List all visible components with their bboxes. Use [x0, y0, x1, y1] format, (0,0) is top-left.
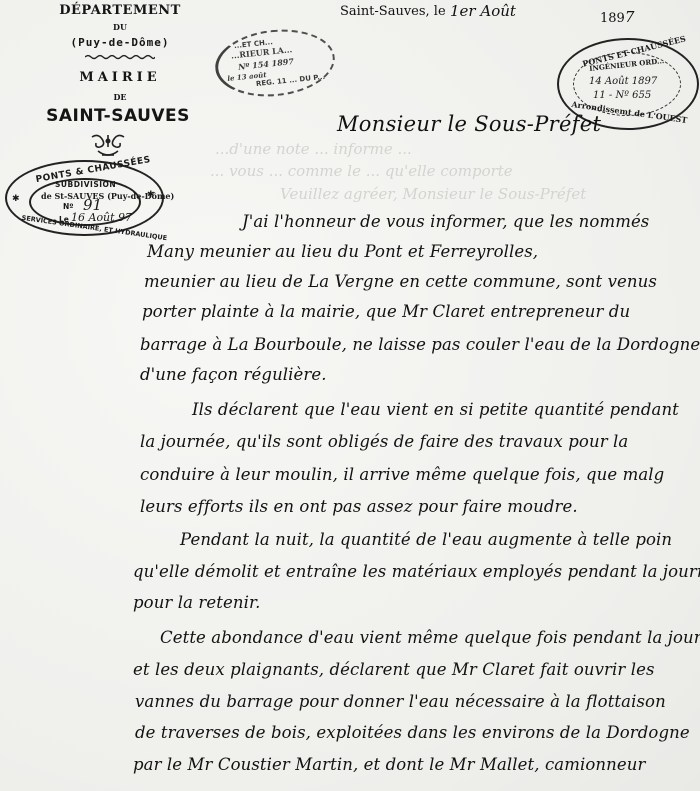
letter-line: vannes du barrage pour donner l'eau néce…	[135, 692, 666, 711]
year-printed: 189	[600, 11, 625, 26]
bleed-through-text: Veuillez agréer, Monsieur le Sous-Préfet	[280, 185, 586, 203]
letter-line: qu'elle démolit et entraîne les matériau…	[133, 562, 700, 581]
faded-registry-stamp: ...ET CH... ...RIEUR LA... Nº 154 1897 l…	[212, 24, 338, 102]
star-icon: ✱	[12, 194, 20, 204]
ponts-chaussees-stamp: PONTS & CHAUSSÉES SUBDIVISION de St-SAUV…	[5, 160, 164, 236]
document-page: DÉPARTEMENT DU (Puy-de-Dôme) MAIRIE DE S…	[0, 0, 700, 791]
stamp-date: 14 Août 1897	[589, 76, 657, 87]
letter-line: de traverses de bois, exploitées dans le…	[135, 723, 690, 742]
letterhead-mairie: MAIRIE	[40, 70, 200, 85]
letter-line: Ils déclarent que l'eau vient en si peti…	[192, 400, 679, 419]
letterhead-department: DÉPARTEMENT	[40, 3, 200, 18]
letter-line: et les deux plaignants, déclarent que Mr…	[133, 660, 655, 679]
year-handwritten: 7	[625, 8, 635, 26]
bleed-through-text: ...d'une note ... informe ...	[215, 140, 412, 158]
wavy-divider-icon	[85, 54, 155, 60]
bleed-through-text: ... vous ... comme le ... qu'elle compor…	[210, 162, 513, 180]
letterhead-region: (Puy-de-Dôme)	[40, 36, 200, 49]
star-icon: ✱	[147, 190, 155, 200]
letter-salutation: Monsieur le Sous-Préfet	[337, 112, 601, 136]
letter-line: conduire à leur moulin, il arrive même q…	[140, 465, 664, 484]
letter-line: porter plainte à la mairie, que Mr Clare…	[142, 302, 630, 321]
letter-line: barrage à La Bourboule, ne laisse pas co…	[140, 335, 700, 354]
dateline-place: Saint-Sauves, le	[340, 4, 446, 19]
letter-line: la journée, qu'ils sont obligés de faire…	[140, 432, 628, 451]
letter-line: meunier au lieu de La Vergne en cette co…	[144, 272, 657, 291]
letter-line: d'une façon régulière.	[140, 365, 327, 384]
letter-line: Cette abondance d'eau vient même quelque…	[160, 628, 700, 647]
stamp-subdivision: SUBDIVISION	[55, 180, 116, 189]
letter-line: Pendant la nuit, la quantité de l'eau au…	[180, 530, 672, 549]
stamp-number: 11 - Nº 655	[593, 90, 651, 101]
letter-line: Many meunier au lieu du Pont et Ferreyro…	[147, 242, 538, 261]
letterhead-commune: SAINT-SAUVES	[28, 106, 208, 126]
letter-line: par le Mr Coustier Martin, et dont le Mr…	[133, 755, 645, 774]
letterhead-de: DE	[40, 92, 200, 102]
stamp-number-label: Nº	[63, 202, 74, 211]
dateline-year: 1897	[600, 8, 634, 26]
fleuron-ornament-icon	[88, 133, 128, 161]
letter-line: leurs efforts ils en ont pas assez pour …	[140, 497, 578, 516]
letterhead-du: DU	[40, 22, 200, 32]
letter-line: J'ai l'honneur de vous informer, que les…	[242, 212, 649, 231]
dateline-day-month: 1er Août	[450, 2, 516, 20]
letter-line: pour la retenir.	[133, 593, 261, 612]
